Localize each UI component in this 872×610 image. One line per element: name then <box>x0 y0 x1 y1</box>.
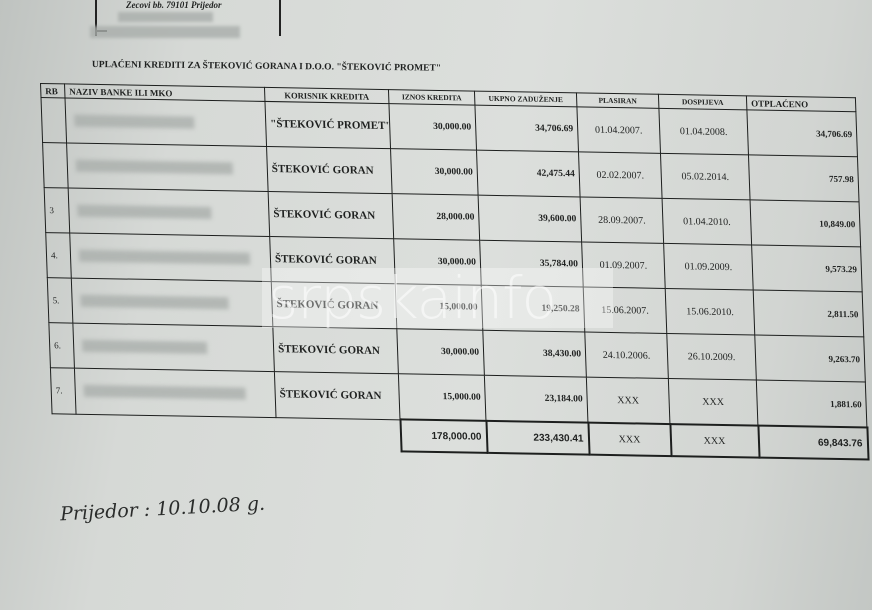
redaction-blur <box>84 385 246 400</box>
watermark: srpskainfo <box>262 268 613 328</box>
row-number: 5. <box>47 278 73 323</box>
redaction-blur <box>79 250 250 265</box>
total-debt: 39,600.00 <box>478 195 582 242</box>
due-date: 01.04.2010. <box>662 198 752 245</box>
bank-name-redacted <box>73 323 275 372</box>
total-amount: 178,000.00 <box>400 419 487 453</box>
total-debt: 23,184.00 <box>484 375 588 422</box>
row-number: 7. <box>50 368 76 414</box>
credit-amount: 15,000.00 <box>398 374 486 421</box>
total-placed: XXX <box>588 423 671 456</box>
due-date: 01.04.2008. <box>659 108 749 155</box>
placed-date: 01.04.2007. <box>577 107 661 153</box>
placed-date: XXX <box>586 377 670 424</box>
repaid-amount: 34,706.69 <box>747 110 858 157</box>
credit-user: ŠTEKOVIĆ GORAN <box>273 327 399 374</box>
due-date: XXX <box>668 379 758 426</box>
total-debt: 38,430.00 <box>483 330 587 377</box>
repaid-amount: 1,881.60 <box>756 380 867 427</box>
repaid-amount: 757.98 <box>748 155 859 202</box>
row-number: 4. <box>46 233 72 278</box>
repaid-amount: 10,849.00 <box>750 200 861 247</box>
redaction-blur <box>80 295 228 310</box>
redacted-address-line-1 <box>118 12 213 22</box>
credit-user: ŠTEKOVIĆ GORAN <box>267 146 393 193</box>
total-repaid: 69,843.76 <box>758 426 868 460</box>
total-due: XXX <box>670 424 759 458</box>
bank-name-redacted <box>71 278 273 327</box>
redaction-blur <box>76 160 233 175</box>
due-date: 01.09.2009. <box>664 243 754 290</box>
credit-user: ŠTEKOVIĆ GORAN <box>274 372 400 420</box>
col-placed: PLASIRAN <box>576 93 658 108</box>
redacted-address-line-2 <box>90 26 240 38</box>
placed-date: 02.02.2007. <box>578 152 662 198</box>
due-date: 05.02.2014. <box>660 153 750 200</box>
address-text: Zecovi bb. 79101 Prijedor <box>126 0 221 10</box>
document-title: UPLAĆENI KREDITI ZA ŠTEKOVIĆ GORANA I D.… <box>92 60 441 74</box>
repaid-amount: 2,811.50 <box>753 290 864 337</box>
credit-amount: 28,000.00 <box>392 194 480 241</box>
due-date: 15.06.2010. <box>665 288 755 335</box>
bank-name-redacted <box>67 143 269 192</box>
due-date: 26.10.2009. <box>667 333 757 380</box>
col-rb: RB <box>41 84 65 98</box>
credit-amount: 30,000.00 <box>389 104 477 151</box>
total-debt: 42,475.44 <box>477 150 581 197</box>
col-amount: IZNOS KREDITA <box>388 90 474 106</box>
credit-amount: 30,000.00 <box>397 329 485 376</box>
row-number: 3 <box>44 188 70 233</box>
bank-name-redacted <box>70 233 272 282</box>
credit-user: "ŠTEKOVIĆ PROMET" <box>265 101 391 148</box>
redaction-blur <box>77 205 211 219</box>
col-due: DOSPIJEVA <box>658 94 746 110</box>
repaid-amount: 9,263.70 <box>755 335 866 382</box>
redaction-blur <box>74 115 194 129</box>
repaid-amount: 9,573.29 <box>752 245 863 292</box>
handwritten-note: Prijedor : 10.10.08 g. <box>60 493 266 526</box>
placed-date: 28.09.2007. <box>580 197 664 243</box>
placed-date: 24.10.2006. <box>585 332 669 378</box>
redaction-blur <box>82 340 207 354</box>
document-page: Zecovi bb. 79101 Prijedor UPLAĆENI KREDI… <box>0 0 872 610</box>
row-number: 6. <box>49 323 75 368</box>
bank-name-redacted <box>74 368 276 417</box>
credit-user: ŠTEKOVIĆ GORAN <box>268 191 394 238</box>
row-number <box>41 98 67 143</box>
bank-name-redacted <box>68 188 270 237</box>
row-number <box>43 143 69 188</box>
total-debt: 34,706.69 <box>475 105 579 152</box>
credit-amount: 30,000.00 <box>391 149 479 196</box>
bank-name-redacted <box>65 98 267 147</box>
total-debt: 233,430.41 <box>486 421 589 455</box>
